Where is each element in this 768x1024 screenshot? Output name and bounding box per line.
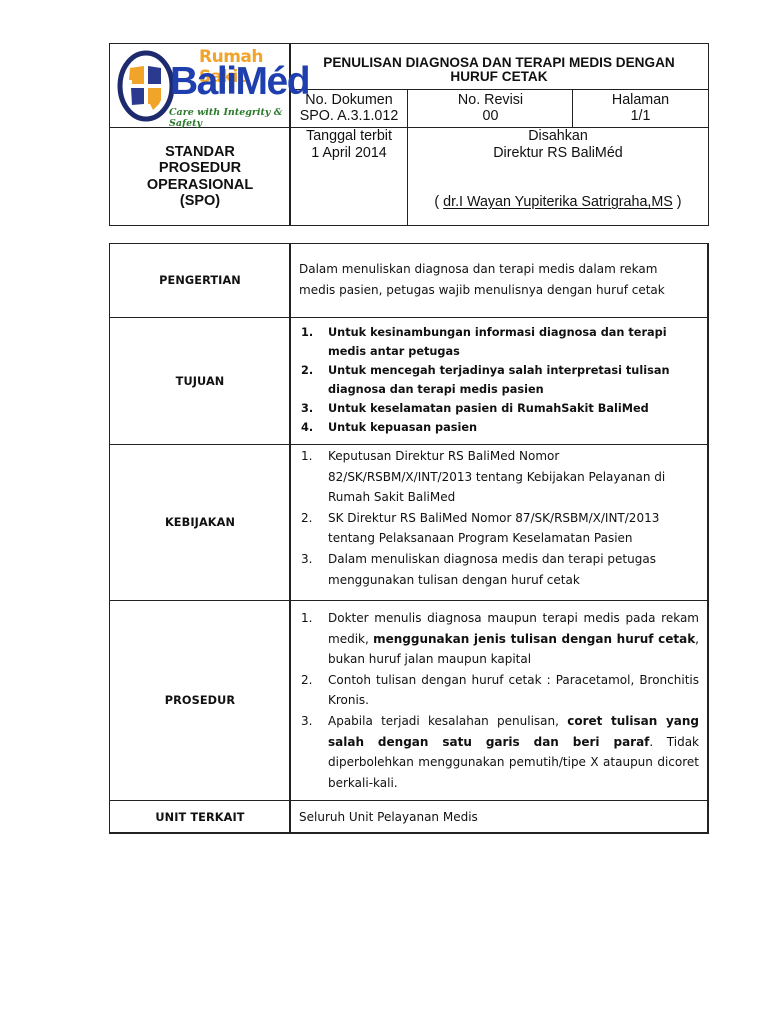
approver-name: dr.I Wayan Yupiterika Satrigraha,MS xyxy=(443,194,673,210)
item-number: 2. xyxy=(301,361,313,380)
revision-value: 00 xyxy=(408,108,573,124)
item-number: 3. xyxy=(301,399,313,418)
section-label: TUJUAN xyxy=(110,318,290,444)
revision-cell: No. Revisi 00 xyxy=(408,90,573,128)
doc-type-line: OPERASIONAL xyxy=(147,177,253,194)
page-cell: Halaman 1/1 xyxy=(573,90,708,128)
emphasis-text: menggunakan jenis tulisan dengan huruf c… xyxy=(373,632,695,646)
document-number-label: No. Dokumen xyxy=(290,92,408,108)
title-line: HURUF CETAK xyxy=(323,70,674,84)
section-label: KEBIJAKAN xyxy=(110,445,290,600)
list-item: 4.Untuk kepuasan pasien xyxy=(299,418,697,437)
item-number: 3. xyxy=(301,549,312,570)
list-item: 1.Keputusan Direktur RS BaliMed Nomor 82… xyxy=(299,446,685,508)
approval-role: Direktur RS BaliMéd xyxy=(408,145,708,162)
list-item: 2.SK Direktur RS BaliMed Nomor 87/SK/RSB… xyxy=(299,508,685,549)
approver-signature: ( dr.I Wayan Yupiterika Satrigraha,MS ) xyxy=(408,194,708,211)
page-value: 1/1 xyxy=(573,108,708,124)
prosedur-list: 1.Dokter menulis diagnosa maupun terapi … xyxy=(291,601,707,800)
list-item: 2.Contoh tulisan dengan huruf cetak : Pa… xyxy=(299,670,699,711)
document-header-table: Rumah Sakit BaliMéd Care with Integrity … xyxy=(109,43,709,226)
pengertian-text: Dalam menuliskan diagnosa dan terapi med… xyxy=(291,244,707,317)
procedure-table: PENGERTIAN Dalam menuliskan diagnosa dan… xyxy=(109,243,709,834)
item-text: Dalam menuliskan diagnosa medis dan tera… xyxy=(328,552,656,587)
title-line: PENULISAN DIAGNOSA DAN TERAPI MEDIS DENG… xyxy=(323,56,674,70)
list-item: 3.Untuk keselamatan pasien di RumahSakit… xyxy=(299,399,697,418)
row-tujuan: TUJUAN 1.Untuk kesinambungan informasi d… xyxy=(110,318,707,444)
item-number: 2. xyxy=(301,508,312,529)
row-prosedur: PROSEDUR 1.Dokter menulis diagnosa maupu… xyxy=(110,601,707,800)
item-number: 2. xyxy=(301,670,312,691)
approval-cell: Disahkan Direktur RS BaliMéd ( dr.I Waya… xyxy=(408,128,708,225)
document-number-value: SPO. A.3.1.012 xyxy=(290,108,408,124)
paren-close: ) xyxy=(673,194,682,210)
logo-brand: BaliMéd xyxy=(170,60,309,104)
item-number: 3. xyxy=(301,711,312,732)
item-number: 1. xyxy=(301,608,312,629)
list-item: 3.Dalam menuliskan diagnosa medis dan te… xyxy=(299,549,685,590)
row-unit-terkait: UNIT TERKAIT Seluruh Unit Pelayanan Medi… xyxy=(110,801,707,833)
paren-open: ( xyxy=(434,194,443,210)
section-label: PROSEDUR xyxy=(110,601,290,800)
item-number: 1. xyxy=(301,446,312,467)
approval-label: Disahkan xyxy=(408,128,708,145)
logo-tagline: Care with Integrity & Safety xyxy=(169,107,290,129)
item-number: 4. xyxy=(301,418,313,437)
item-text: SK Direktur RS BaliMed Nomor 87/SK/RSBM/… xyxy=(328,511,659,546)
doc-type-line: (SPO) xyxy=(147,193,253,210)
issue-date-cell: Tanggal terbit 1 April 2014 xyxy=(290,128,408,225)
row-pengertian: PENGERTIAN Dalam menuliskan diagnosa dan… xyxy=(110,244,707,317)
item-text: Contoh tulisan dengan huruf cetak : Para… xyxy=(328,673,699,708)
hospital-logo: Rumah Sakit BaliMéd Care with Integrity … xyxy=(110,44,290,128)
row-kebijakan: KEBIJAKAN 1.Keputusan Direktur RS BaliMe… xyxy=(110,445,707,600)
doc-type-line: STANDAR xyxy=(147,144,253,161)
page-label: Halaman xyxy=(573,92,708,108)
item-text: Keputusan Direktur RS BaliMed Nomor 82/S… xyxy=(328,449,665,504)
document-number-cell: No. Dokumen SPO. A.3.1.012 xyxy=(290,90,408,128)
list-item: 1.Dokter menulis diagnosa maupun terapi … xyxy=(299,608,699,670)
text-line: medis pasien, petugas wajib menulisnya d… xyxy=(299,280,701,301)
section-label: UNIT TERKAIT xyxy=(110,801,290,833)
revision-label: No. Revisi xyxy=(408,92,573,108)
unit-terkait-text: Seluruh Unit Pelayanan Medis xyxy=(291,801,707,833)
doc-type-line: PROSEDUR xyxy=(147,160,253,177)
list-item: 1.Untuk kesinambungan informasi diagnosa… xyxy=(299,323,697,361)
item-text: Untuk keselamatan pasien di RumahSakit B… xyxy=(328,402,649,415)
item-text: Untuk kesinambungan informasi diagnosa d… xyxy=(328,326,667,358)
issue-date-label: Tanggal terbit xyxy=(290,128,408,145)
section-label: PENGERTIAN xyxy=(110,244,290,317)
item-text: Untuk kepuasan pasien xyxy=(328,421,477,434)
document-type: STANDAR PROSEDUR OPERASIONAL (SPO) xyxy=(110,128,290,225)
item-number: 1. xyxy=(301,323,313,342)
item-text: Apabila terjadi kesalahan penulisan, xyxy=(328,714,567,728)
item-text: Untuk mencegah terjadinya salah interpre… xyxy=(328,364,670,396)
list-item: 3.Apabila terjadi kesalahan penulisan, c… xyxy=(299,711,699,793)
issue-date-value: 1 April 2014 xyxy=(290,145,408,162)
tujuan-list: 1.Untuk kesinambungan informasi diagnosa… xyxy=(291,318,707,444)
kebijakan-list: 1.Keputusan Direktur RS BaliMed Nomor 82… xyxy=(291,445,707,600)
list-item: 2.Untuk mencegah terjadinya salah interp… xyxy=(299,361,697,399)
text-line: Dalam menuliskan diagnosa dan terapi med… xyxy=(299,259,701,280)
document-title: PENULISAN DIAGNOSA DAN TERAPI MEDIS DENG… xyxy=(290,44,708,90)
